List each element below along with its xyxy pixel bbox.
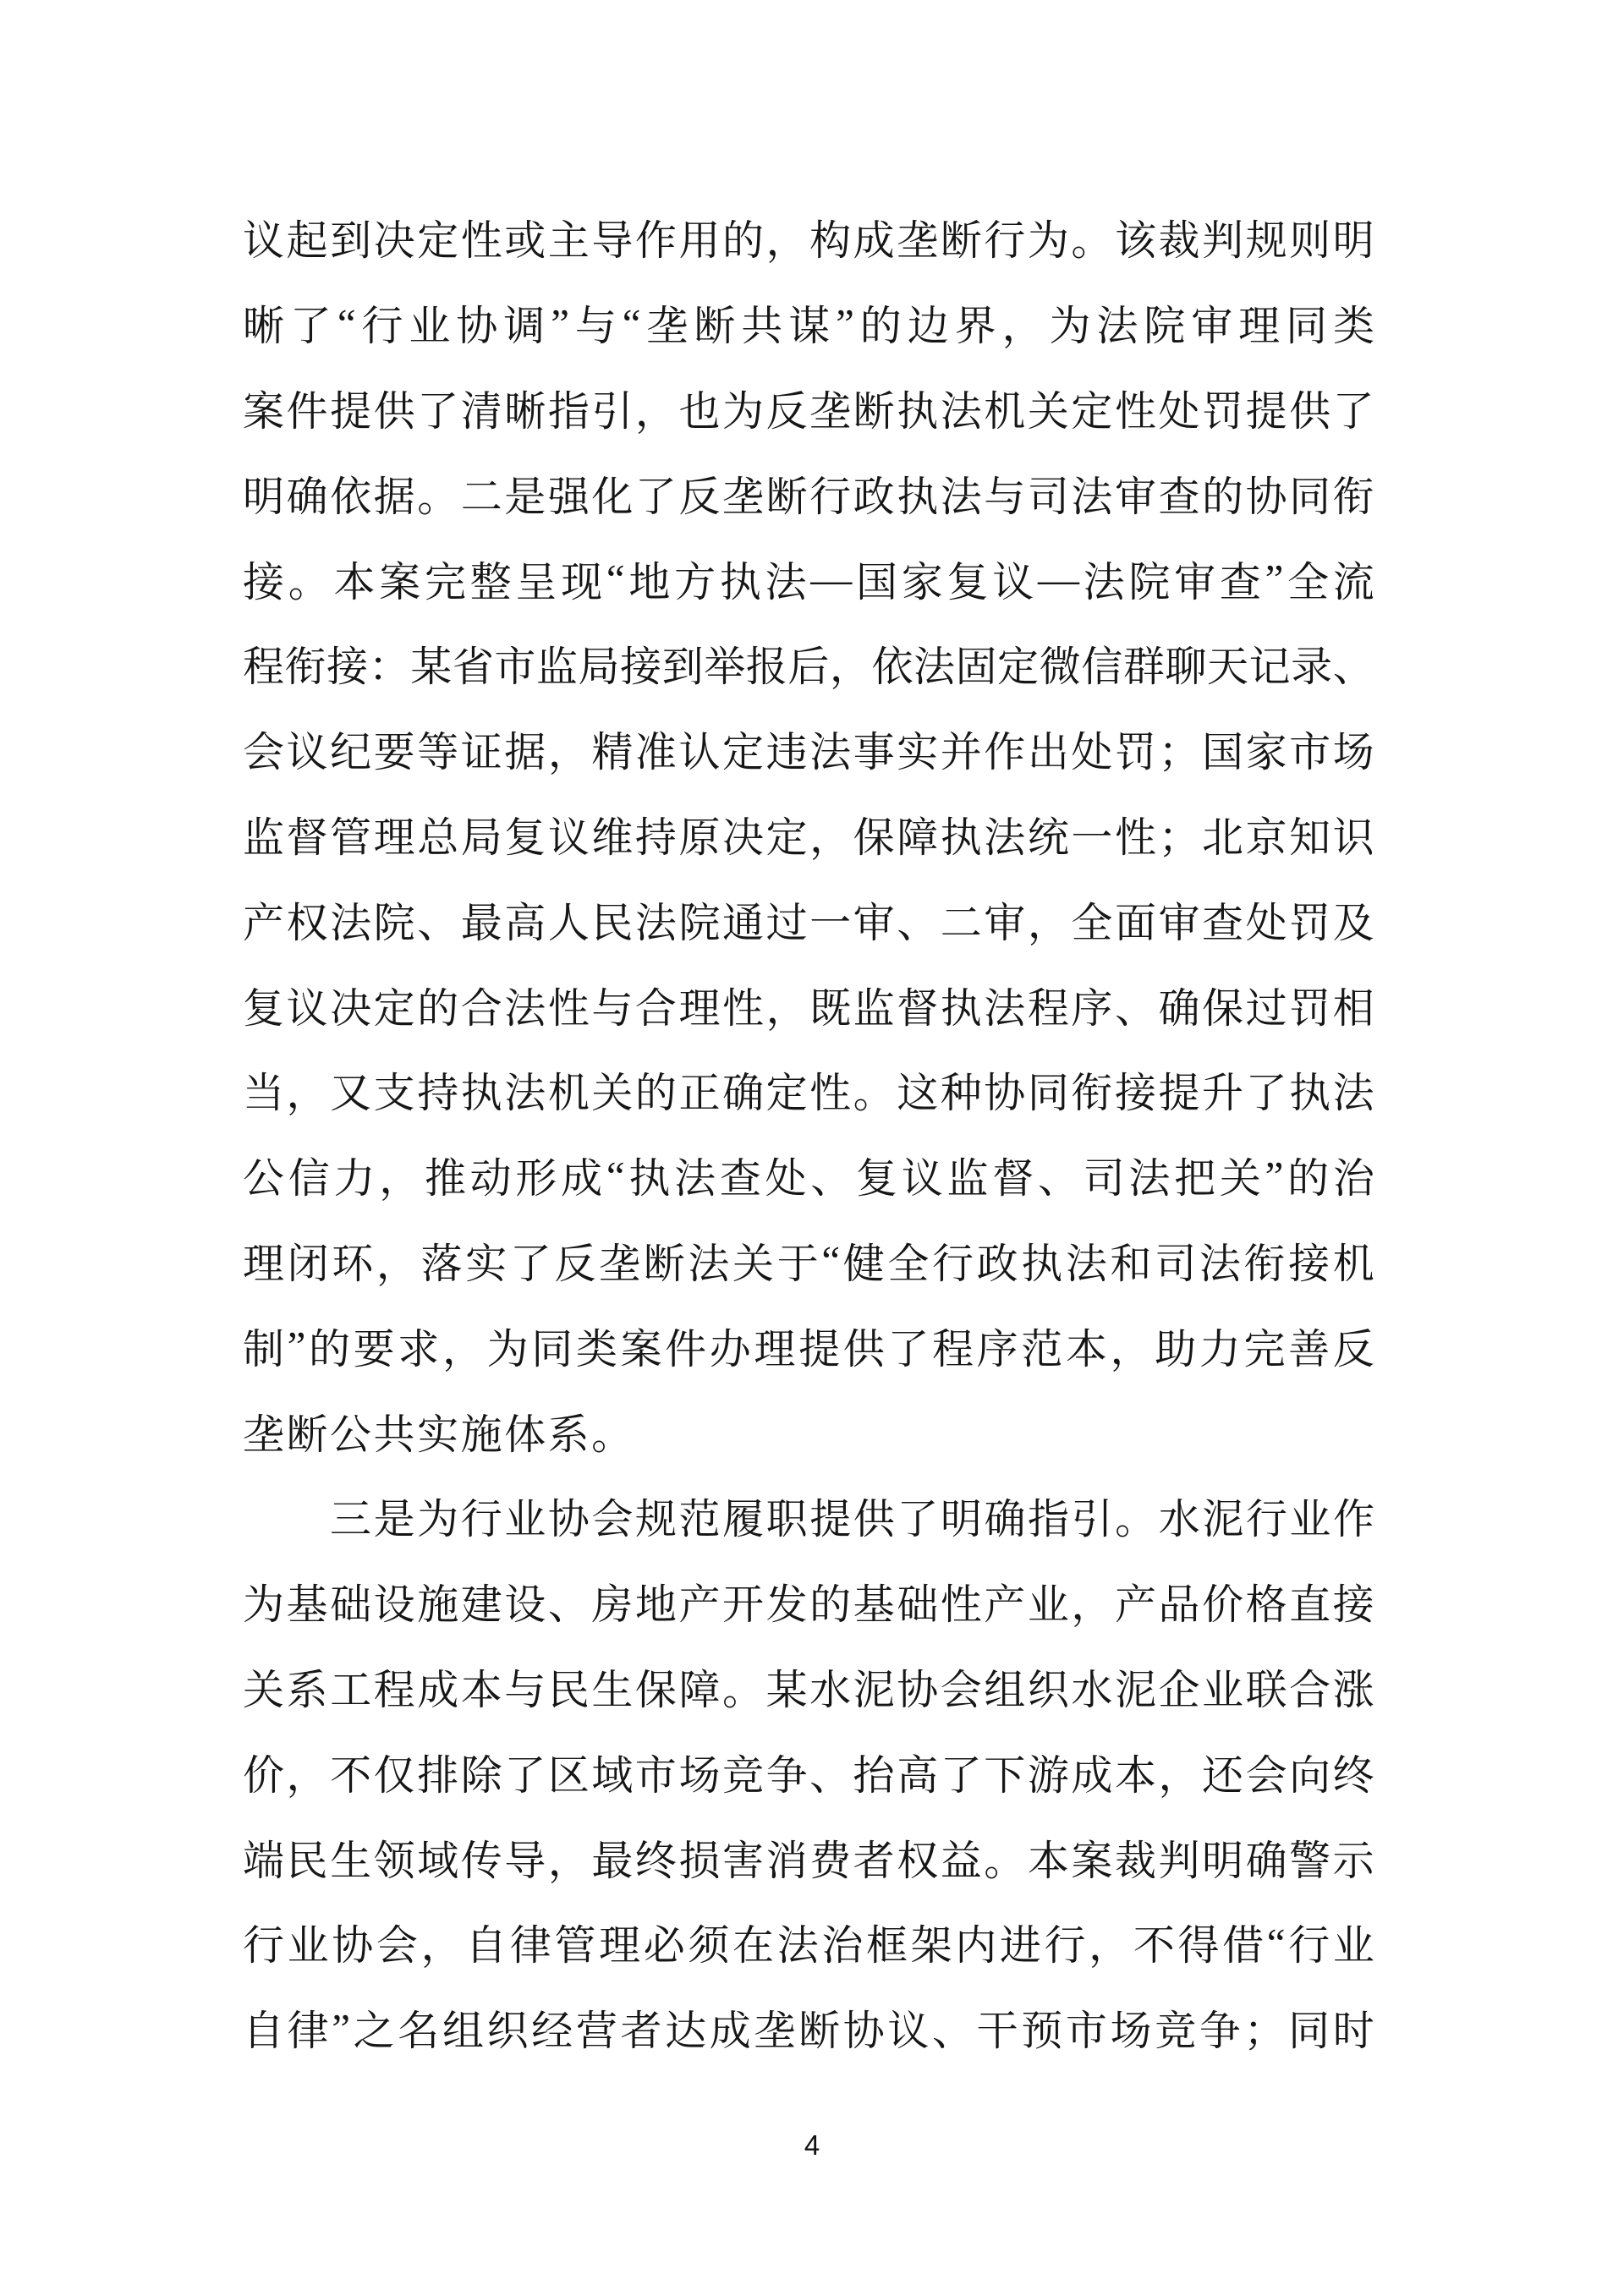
text-line: 明确依据。二是强化了反垄断行政执法与司法审查的协同衔: [243, 451, 1374, 536]
text-line: 理闭环，落实了反垄断法关于“健全行政执法和司法衔接机: [243, 1219, 1374, 1304]
text-line: 晰了“行业协调”与“垄断共谋”的边界，为法院审理同类: [243, 281, 1374, 366]
text-line: 制”的要求，为同类案件办理提供了程序范本，助力完善反: [243, 1303, 1374, 1389]
text-line: 关系工程成本与民生保障。某水泥协会组织水泥企业联合涨: [243, 1645, 1374, 1730]
text-line: 产权法院、最高人民法院通过一审、二审，全面审查处罚及: [243, 877, 1374, 962]
text-line: 议起到决定性或主导作用的，构成垄断行为。该裁判规则明: [243, 195, 1374, 281]
page-number: 4: [0, 2129, 1624, 2162]
text-line: 垄断公共实施体系。: [243, 1389, 1374, 1474]
text-line: 为基础设施建设、房地产开发的基础性产业，产品价格直接: [243, 1559, 1374, 1645]
document-page: 议起到决定性或主导作用的，构成垄断行为。该裁判规则明晰了“行业协调”与“垄断共谋…: [0, 0, 1624, 2296]
text-line: 监督管理总局复议维持原决定，保障执法统一性；北京知识: [243, 792, 1374, 878]
text-line: 案件提供了清晰指引，也为反垄断执法机关定性处罚提供了: [243, 366, 1374, 452]
text-line: 公信力，推动形成“执法查处、复议监督、司法把关”的治: [243, 1133, 1374, 1219]
text-line: 接。本案完整呈现“地方执法—国家复议—法院审查”全流: [243, 536, 1374, 622]
text-line: 会议纪要等证据，精准认定违法事实并作出处罚；国家市场: [243, 707, 1374, 792]
text-line: 三是为行业协会规范履职提供了明确指引。水泥行业作: [243, 1474, 1374, 1559]
text-line: 行业协会，自律管理必须在法治框架内进行，不得借“行业: [243, 1900, 1374, 1986]
text-line: 自律”之名组织经营者达成垄断协议、干预市场竞争；同时: [243, 1986, 1374, 2071]
text-line: 当，又支持执法机关的正确定性。这种协同衔接提升了执法: [243, 1048, 1374, 1133]
text-line: 程衔接：某省市监局接到举报后，依法固定微信群聊天记录、: [243, 622, 1374, 707]
text-line: 价，不仅排除了区域市场竞争、抬高了下游成本，还会向终: [243, 1729, 1374, 1815]
text-line: 端民生领域传导，最终损害消费者权益。本案裁判明确警示: [243, 1815, 1374, 1900]
page-body: 议起到决定性或主导作用的，构成垄断行为。该裁判规则明晰了“行业协调”与“垄断共谋…: [243, 195, 1374, 2071]
text-line: 复议决定的合法性与合理性，既监督执法程序、确保过罚相: [243, 962, 1374, 1048]
